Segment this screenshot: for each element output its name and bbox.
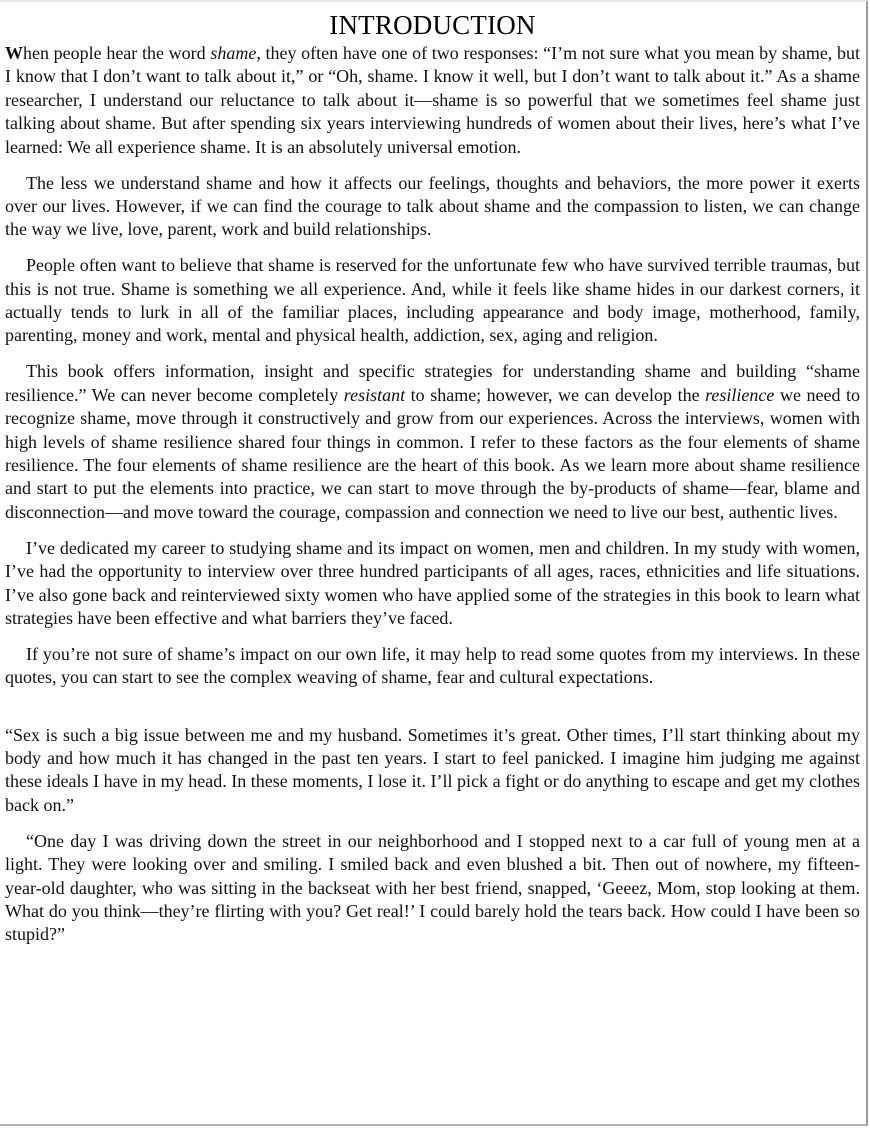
chapter-title: INTRODUCTION (5, 8, 860, 42)
paragraph-universal-shame: People often want to believe that shame … (5, 254, 860, 348)
paragraph-text: hen people hear the word (23, 43, 210, 63)
document-content: INTRODUCTION When people hear the word s… (5, 8, 860, 959)
paragraph-shame-resilience: This book offers information, insight an… (5, 360, 860, 524)
drop-cap: W (5, 43, 23, 63)
paragraph-quotes-intro: If you’re not sure of shame’s impact on … (5, 643, 860, 690)
paragraph-career: I’ve dedicated my career to studying sha… (5, 537, 860, 631)
interview-quote-2: “One day I was driving down the street i… (5, 830, 860, 947)
paragraph-intro: When people hear the word shame, they of… (5, 42, 860, 159)
interview-quote-1: “Sex is such a big issue between me and … (5, 724, 860, 818)
document-page: INTRODUCTION When people hear the word s… (0, 0, 868, 1126)
paragraph-understanding: The less we understand shame and how it … (5, 172, 860, 242)
emphasis-text: resilience (705, 385, 774, 405)
emphasis-text: shame (210, 43, 256, 63)
emphasis-text: resistant (344, 385, 405, 405)
paragraph-text: to shame; however, we can develop the (405, 385, 705, 405)
paragraph-text: we need to recognize shame, move through… (5, 385, 860, 522)
